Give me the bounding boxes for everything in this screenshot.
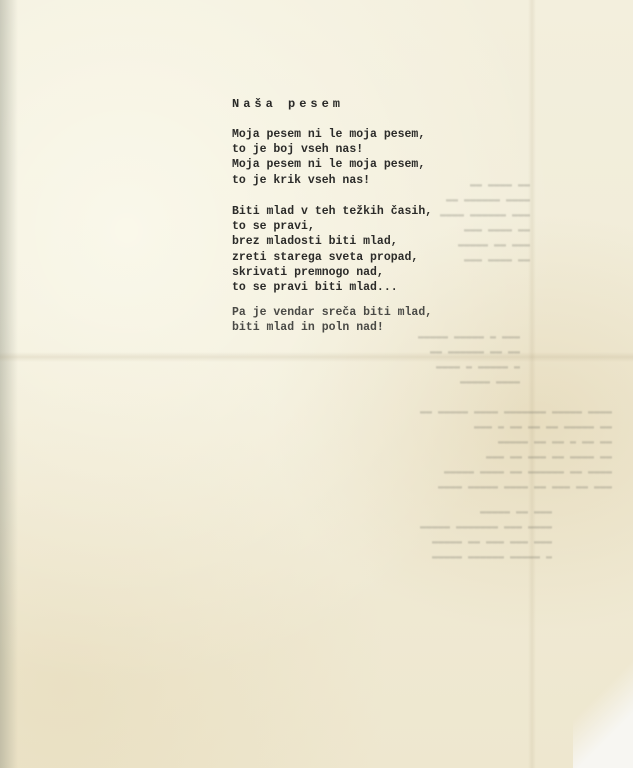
paper-fold-vertical xyxy=(528,0,536,768)
bleed-through-text: ▬▬▬ ▬▬ ▬▬▬▬▬ ▬▬▬▬ ▬▬▬ ▬▬▬▬▬▬▬ ▬▬▬▬▬ ▬▬▬ … xyxy=(420,505,552,565)
poem-title: Naša pesem xyxy=(232,97,344,111)
bleed-through-text: ▬▬▬▬ ▬▬▬▬▬ ▬▬▬▬▬▬▬ ▬▬▬▬ ▬▬▬▬▬ ▬▬ ▬▬ ▬▬▬▬… xyxy=(420,405,612,495)
torn-corner xyxy=(573,648,633,768)
poem-stanza-2: Biti mlad v teh težkih časih, to se prav… xyxy=(232,204,432,295)
paper-fold-horizontal xyxy=(0,352,633,362)
poem-stanza-3: Pa je vendar sreča biti mlad, biti mlad … xyxy=(232,305,432,335)
poem-stanza-1: Moja pesem ni le moja pesem, to je boj v… xyxy=(232,127,425,188)
bleed-through-text: ▬▬ ▬▬▬▬ ▬▬ ▬▬▬▬ ▬▬▬▬▬▬ ▬▬ ▬▬▬ ▬▬▬▬▬▬ ▬▬▬… xyxy=(440,178,530,268)
paper-sheet xyxy=(0,0,633,768)
bleed-through-text: ▬▬▬ ▬ ▬▬▬▬▬ ▬▬▬▬▬ ▬▬ ▬▬ ▬▬▬▬▬▬ ▬▬ ▬ ▬▬▬▬… xyxy=(418,330,520,390)
paper-edge-shadow xyxy=(0,0,18,768)
